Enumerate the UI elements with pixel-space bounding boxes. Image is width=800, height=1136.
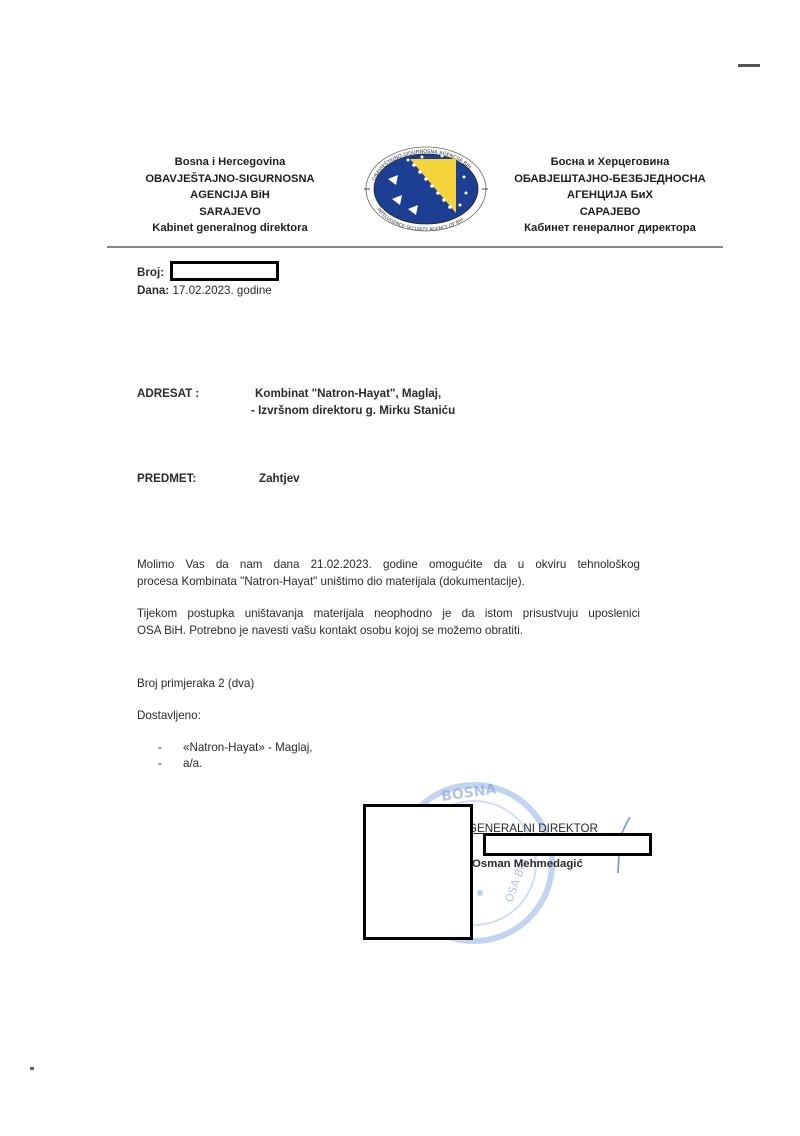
city-name-cyr: САРАЈЕВО — [500, 204, 720, 221]
scan-mark-dash — [738, 64, 760, 67]
redacted-reference-number — [170, 261, 279, 281]
subject-value: Zahtjev — [259, 472, 300, 485]
letterhead-latin: Bosna i Hercegovina OBAVJEŠTAJNO-SIGURNO… — [130, 154, 330, 237]
office-name-cyr: Кабинет генералног директора — [500, 220, 720, 237]
date-line: Dana: 17.02.2023. godine — [137, 284, 272, 297]
reference-number-label: Broj: — [137, 266, 164, 279]
body-paragraph-2-line2: OSA BiH. Potrebno je navesti vašu kontak… — [137, 622, 640, 639]
agency-name-line1-cyr: ОБАВЈЕШТАЈНО-БЕЗБЈЕДНОСНА — [500, 171, 720, 188]
city-name: SARAJEVO — [130, 204, 330, 221]
addressee-line2: - Izvršnom direktoru g. Mirku Staniću — [251, 404, 455, 417]
subject-label: PREDMET: — [137, 472, 196, 485]
addressee-line1: Kombinat "Natron-Hayat", Maglaj, — [255, 387, 441, 400]
signatory-name: Osman Mehmedagić — [472, 858, 583, 870]
redacted-signature-area — [363, 804, 473, 940]
agency-name-line2-cyr: АГЕНЦИЈА БиХ — [500, 187, 720, 204]
body-paragraph-1: Molimo Vas da nam dana 21.02.2023. godin… — [137, 556, 640, 590]
redacted-signature-line — [483, 833, 652, 856]
agency-emblem-icon: OBAVJEŠTAJNO-SIGURNOSNA AGENCIJA BIH INT… — [360, 143, 492, 235]
header-divider — [107, 246, 723, 248]
country-name-cyr: Босна и Херцеговина — [500, 154, 720, 171]
body-paragraph-1-line2: procesa Kombinata "Natron-Hayat" uništim… — [137, 573, 640, 590]
date-label: Dana: — [137, 284, 169, 297]
letterhead-cyrillic: Босна и Херцеговина ОБАВЈЕШТАЈНО-БЕЗБЈЕД… — [500, 154, 720, 237]
scan-mark-dot — [30, 1067, 34, 1070]
copies-count: Broj primjeraka 2 (dva) — [137, 677, 254, 690]
country-name: Bosna i Hercegovina — [130, 154, 330, 171]
body-paragraph-2: Tijekom postupka uništavanja materijala … — [137, 605, 640, 639]
delivered-label: Dostavljeno: — [137, 709, 201, 722]
body-paragraph-1-line1: Molimo Vas da nam dana 21.02.2023. godin… — [137, 556, 640, 573]
date-value: 17.02.2023. godine — [172, 284, 271, 297]
addressee-label: ADRESAT : — [137, 387, 199, 400]
agency-name-line1: OBAVJEŠTAJNO-SIGURNOSNA — [130, 171, 330, 188]
body-paragraph-2-line1: Tijekom postupka uništavanja materijala … — [137, 605, 640, 622]
agency-name-line2: AGENCIJA BiH — [130, 187, 330, 204]
office-name: Kabinet generalnog direktora — [130, 220, 330, 237]
